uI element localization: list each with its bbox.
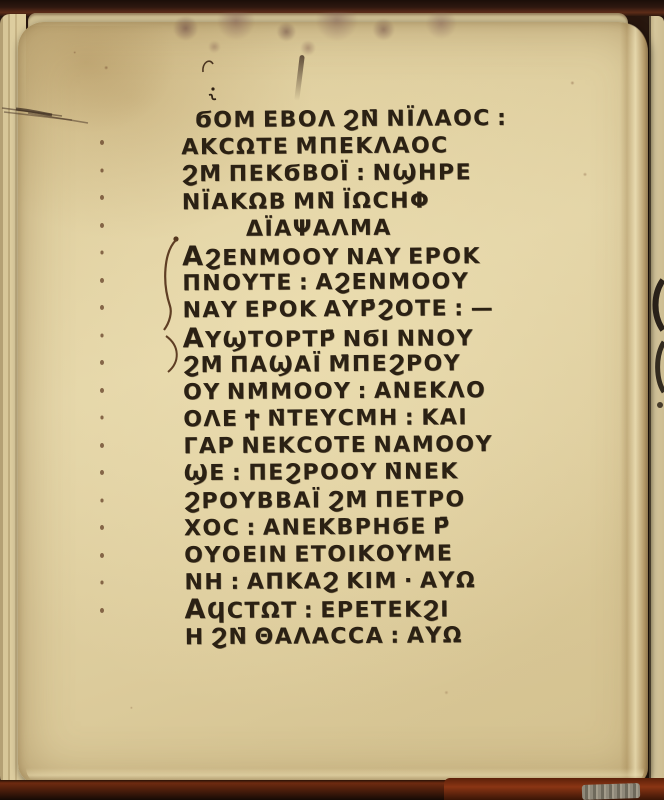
text-line: ϨΜ̄ ΠΕΚϬΒΟΪ : ΝϢΗΡΕ xyxy=(181,159,533,189)
text-line: ϨΜ̄ ΠΑϢΑΪ Μ̄ΠΕϨΡΟΥ xyxy=(183,349,535,379)
text-line: ΠΝΟΥΤΕ : ΑϨΕΝΜΟΟΥ xyxy=(182,268,534,298)
text-line: ΝΗ : ΑΠΚΑϨ ΚΙΜ · ΑΥΩ xyxy=(184,567,536,597)
text-line: ϬΟΜ ΕΒΟΛ ϨΝ̄ ΝΪΛΑΟC : xyxy=(181,105,533,135)
text-line: ΑΚCΩΤΕ Μ̄ΠΕΚΛΑΟC xyxy=(181,132,533,162)
prick-dot xyxy=(100,168,103,172)
text-line: ΝΑΥ ΕΡΟΚ ΑΥΡ̄ϨΟΤΕ : — xyxy=(182,295,534,325)
prick-dot xyxy=(100,195,104,200)
prick-dot xyxy=(100,553,104,558)
damp-stain-band xyxy=(128,12,488,70)
prick-dot xyxy=(100,278,104,283)
text-line: ΝΪΑΚΩΒ ΜΝ̄ ΪΩCΗΦ xyxy=(182,186,534,216)
prick-dot xyxy=(100,251,103,255)
prick-dot xyxy=(100,360,104,365)
pen-trial-scribble xyxy=(0,100,104,130)
prick-dot xyxy=(100,305,104,310)
text-line: ΟΥΟΕΙΝ ΕΤΟΙΚΟΥΜΕ xyxy=(184,540,536,570)
text-line: ΟΛΕ Ϯ Ν̄ΤΕΥCΜΗ : ΚΑΙ xyxy=(183,404,535,434)
prick-dot xyxy=(100,333,103,337)
facing-page-ink-marks xyxy=(649,272,664,422)
prick-dot xyxy=(100,608,104,613)
text-line: ΧΟC : ΑΝΕΚΒΡΗϬΕ Ρ̄ xyxy=(184,513,536,543)
text-line: ΟΥ ΝΜ̄ΜΟΟΥ : ΑΝΕΚΛΟ xyxy=(183,377,535,407)
paragraph-flourish xyxy=(156,234,182,334)
quire-curl-mark xyxy=(200,56,216,76)
prick-dot xyxy=(100,223,104,228)
text-line: ΔΪΑΨΑΛΜΑ xyxy=(182,214,534,244)
prick-dot xyxy=(100,581,103,585)
quire-signature-mark xyxy=(206,86,220,104)
prick-dot xyxy=(100,416,103,420)
text-line: Η ϨΝ̄ ΘΑΛΑCCΑ : ΑΥΩ xyxy=(185,621,537,651)
manuscript-photo: ϬΟΜ ΕΒΟΛ ϨΝ̄ ΝΪΛΑΟC : ΑΚCΩΤΕ Μ̄ΠΕΚΛΑΟC Ϩ… xyxy=(0,0,664,800)
prick-dot xyxy=(100,443,104,448)
text-block: ϬΟΜ ΕΒΟΛ ϨΝ̄ ΝΪΛΑΟC : ΑΚCΩΤΕ Μ̄ΠΕΚΛΑΟC Ϩ… xyxy=(181,105,537,651)
tailband-fabric xyxy=(582,783,640,800)
leaf-right-fold xyxy=(620,22,648,784)
text-line: ΓΑΡ ΝΕΚCΟΤΕ ΝΑΜΟΟΥ xyxy=(183,431,535,461)
text-line: ϨΡΟΥΒΒΑΪ ϨΜ̄ ΠΕΤΡΟ xyxy=(184,485,536,515)
text-line: ϢΕ : ΠΕϨΡΟΟΥ Ν̄ΝΕΚ xyxy=(184,458,536,488)
text-line: ΑϤCΤΩΤ : ΕΡΕΤΕΚϨΙ xyxy=(185,594,537,624)
text-line: ΑΥϢΤΟΡΤΡ̄ ΝϬΙ ΝΝΟΥ xyxy=(183,322,535,352)
prick-dot xyxy=(100,388,104,393)
prick-dot xyxy=(100,140,104,145)
prick-dot xyxy=(100,525,104,530)
text-line: ΑϨΕΝΜΟΟΥ ΝΑΥ ΕΡΟΚ xyxy=(182,241,534,271)
prick-dot xyxy=(100,498,103,502)
prick-dot-column xyxy=(100,140,108,660)
prick-dot xyxy=(100,470,104,475)
initial-tail-flourish xyxy=(162,332,184,376)
